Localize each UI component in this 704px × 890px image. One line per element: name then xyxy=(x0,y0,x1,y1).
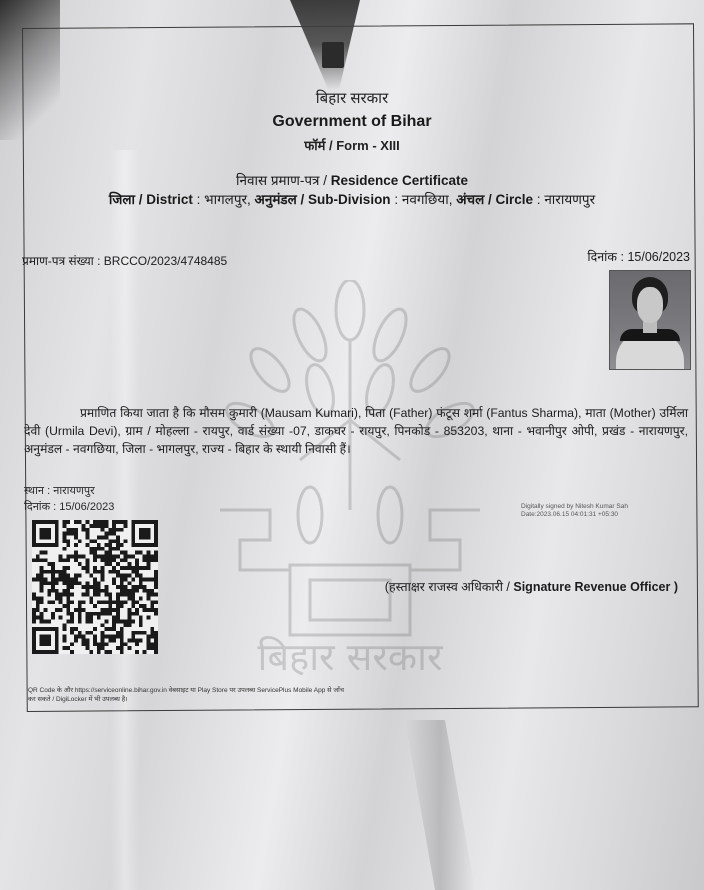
district-label: जिला / District xyxy=(109,192,193,207)
subdivision-value: नवगछिया xyxy=(402,192,449,207)
qr-code[interactable] xyxy=(32,520,158,654)
signature-english: Signature Revenue Officer ) xyxy=(513,580,678,594)
issue-date-value: 15/06/2023 xyxy=(627,250,690,264)
place-label: स्थान xyxy=(24,485,44,497)
certificate-number: प्रमाण-पत्र संख्या : BRCCO/2023/4748485 xyxy=(22,252,227,269)
body-line-1: प्रमाणित किया जाता है कि मौसम कुमारी (Ma… xyxy=(80,406,606,420)
digital-signature-signer: Digitally signed by Nitesh Kumar Sah xyxy=(521,503,628,511)
government-title: Government of Bihar xyxy=(0,113,704,131)
hindi-government-title: बिहार सरकार xyxy=(0,88,704,108)
footnote-line-2: कर सकते / DigiLocker में भी उपलब्ध है। xyxy=(28,695,468,704)
verification-footnote: QR Code के और https://serviceonline.biha… xyxy=(28,686,468,704)
circle-label: अंचल / Circle xyxy=(456,192,533,207)
issue-date-label: दिनांक xyxy=(587,250,617,264)
qr-code-icon xyxy=(32,520,158,654)
footnote-line-1: QR Code के और https://serviceonline.biha… xyxy=(28,686,468,695)
district-value: भागलपुर xyxy=(204,192,247,207)
subdivision-label: अनुमंडल / Sub-Division xyxy=(255,192,391,207)
place-date: दिनांक : 15/06/2023 xyxy=(24,499,114,514)
certificate-title: निवास प्रमाण-पत्र / Residence Certificat… xyxy=(0,171,704,189)
digital-signature-date: Date:2023.06.15 04:01:31 +05:30 xyxy=(521,511,628,519)
place-date-value: 15/06/2023 xyxy=(59,501,114,513)
place: स्थान : नारायणपुर xyxy=(24,483,95,498)
certificate-number-label: प्रमाण-पत्र संख्या xyxy=(22,254,94,268)
certificate-number-value: BRCCO/2023/4748485 xyxy=(104,254,227,268)
place-value: नारायणपुर xyxy=(53,485,94,497)
signature-hindi: (हस्ताक्षर राजस्व अधिकारी xyxy=(385,580,503,594)
form-number: फॉर्म / Form - XIII xyxy=(0,136,704,154)
digital-signature: Digitally signed by Nitesh Kumar Sah Dat… xyxy=(521,503,628,519)
certificate-body: प्रमाणित किया जाता है कि मौसम कुमारी (Ma… xyxy=(24,404,688,458)
certificate-title-english: Residence Certificate xyxy=(331,173,468,188)
svg-text:बिहार सरकार: बिहार सरकार xyxy=(258,635,444,679)
place-date-label: दिनांक xyxy=(24,501,50,513)
signature-block: (हस्ताक्षर राजस्व अधिकारी / Signature Re… xyxy=(385,578,678,595)
jurisdiction-line: जिला / District : भागलपुर, अनुमंडल / Sub… xyxy=(0,190,704,208)
bihar-tree-emblem-watermark: बिहार सरकार xyxy=(190,280,510,680)
issue-date: दिनांक : 15/06/2023 xyxy=(587,248,690,265)
applicant-photo xyxy=(609,270,691,370)
certificate-title-hindi: निवास प्रमाण-पत्र xyxy=(236,173,320,188)
state-emblem-icon xyxy=(322,42,344,68)
circle-value: नारायणपुर xyxy=(544,192,595,207)
paper-crease xyxy=(405,720,475,890)
